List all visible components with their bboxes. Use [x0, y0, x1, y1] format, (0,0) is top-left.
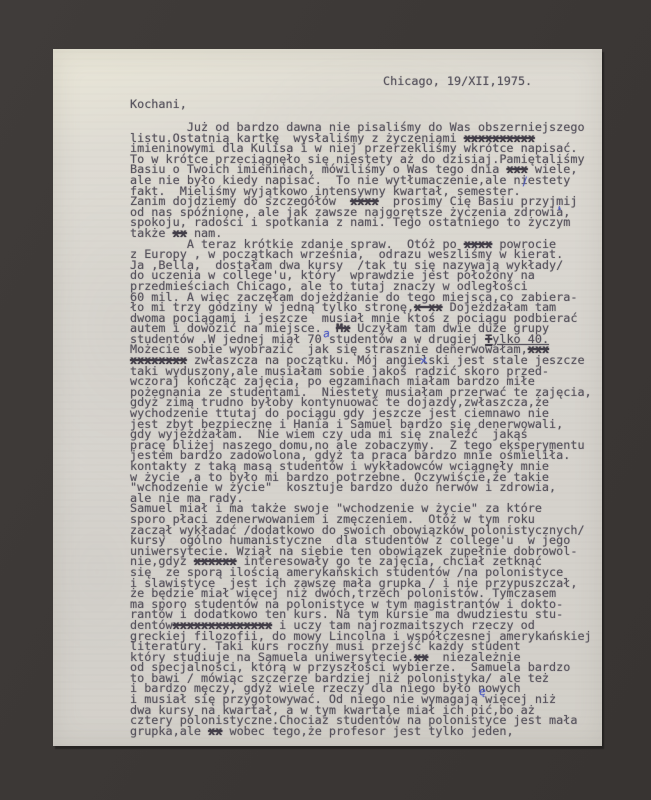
- letter-greeting: Kochani,: [130, 98, 187, 110]
- typed-strikeout: xx: [208, 724, 222, 738]
- letter-page: Chicago, 19/XII,1975. Kochani, Już od ba…: [53, 49, 602, 746]
- pen-annotation: ę: [478, 687, 486, 698]
- pen-annotation: a: [322, 329, 330, 340]
- pen-annotation: /: [522, 177, 527, 187]
- letter-date: Chicago, 19/XII,1975.: [383, 75, 532, 87]
- pen-annotation: ×: [418, 355, 429, 366]
- pen-annotation: ❛: [557, 206, 562, 216]
- typed-text: wobec tego,że profesor jest tylko jeden,: [222, 724, 513, 738]
- typed-text: grupka,ale: [130, 724, 208, 738]
- letter-line: grupka,ale xx wobec tego,że profesor jes…: [130, 726, 592, 737]
- letter-body: Już od bardzo dawna nie pisaliśmy do Was…: [130, 122, 592, 736]
